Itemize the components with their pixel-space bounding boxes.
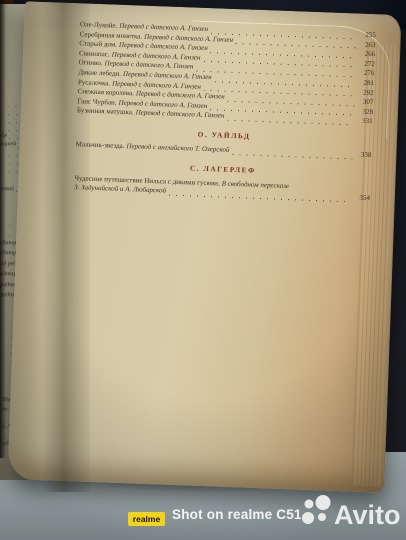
toc-entry-page: 307 [357, 98, 373, 108]
dot-leader [232, 153, 352, 158]
toc-entry-page: 331 [357, 117, 373, 127]
toc-entry-page: 263 [359, 40, 375, 50]
lagerlof-entry-credit2: З. Задунайской и А. Любарской [74, 183, 166, 196]
photo-left-edge-shadow [0, 0, 6, 458]
avito-watermark: Avito [298, 494, 402, 537]
toc-entry-page: 266 [359, 50, 375, 60]
table-of-contents: Оле-Лукойе.Перевод с датского А. Ганзен2… [74, 20, 376, 203]
lagerlof-entry-page: 354 [354, 194, 370, 204]
avito-logo-icon: Avito [298, 494, 402, 532]
right-page: Оле-Лукойе.Перевод с датского А. Ганзен2… [7, 1, 401, 492]
dot-leader [227, 120, 353, 126]
toc-entry-title: Мальчик-звезда.Перевод с английского Т. … [75, 140, 229, 155]
toc-entry-page: 255 [360, 31, 376, 41]
lagerlof-entry-credit: В свободном пересказе [222, 179, 290, 189]
realme-badge: realme [128, 512, 165, 526]
andersen-entries: Оле-Лукойе.Перевод с датского А. Ганзен2… [77, 20, 376, 127]
avito-wordmark: Avito [334, 500, 401, 530]
toc-entry-credit: Перевод с английского Т. Озерской [126, 142, 229, 154]
toc-entry-page: 276 [358, 69, 374, 79]
dot-leader [169, 194, 351, 202]
toc-entry-page: 281 [358, 78, 374, 88]
toc-entry-page: 272 [359, 59, 375, 69]
toc-entry-page: 292 [358, 88, 374, 98]
toc-entry-page: 338 [355, 150, 371, 160]
book-photo-scene: 6111319ббе23акцией293136новой449298едакц… [0, 0, 406, 540]
shot-on-watermark: Shot on realme C51 [172, 507, 302, 522]
toc-entry-page: 328 [357, 107, 373, 117]
realme-badge-label: realme [133, 514, 160, 524]
